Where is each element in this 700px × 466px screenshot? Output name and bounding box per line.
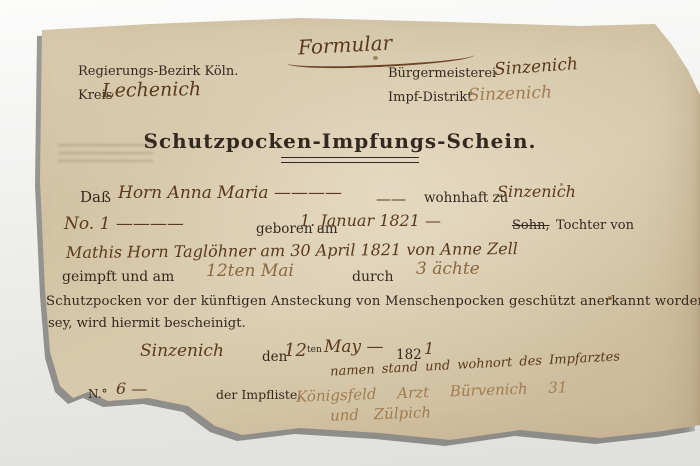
wohnhaft-label: wohnhaft zu bbox=[424, 190, 508, 206]
month-handwritten: May — bbox=[324, 337, 384, 357]
day-handwritten: 12 bbox=[284, 340, 307, 361]
footer-number-handwritten: 6 — bbox=[116, 379, 147, 398]
number-handwritten: No. 1 ———— bbox=[64, 214, 184, 234]
filler-dash: —— bbox=[376, 190, 406, 208]
pocks-count-handwritten: 3 ächte bbox=[416, 259, 480, 279]
document-title: Schutzpocken-Impfungs-Schein. bbox=[120, 129, 560, 153]
regierungsbezirk-label: Regierungs-Bezirk Köln. bbox=[78, 64, 238, 79]
buergermeisterei-label: Bürgermeisterei bbox=[388, 66, 496, 81]
ink-smudge bbox=[58, 144, 153, 166]
paper-fleck bbox=[560, 183, 563, 186]
dass-label: Daß bbox=[80, 188, 111, 206]
paper-fleck bbox=[373, 56, 378, 60]
child-name-handwritten: Horn Anna Maria ———— bbox=[118, 183, 342, 203]
residence-handwritten: Sinzenich bbox=[497, 182, 576, 201]
paper-fleck bbox=[608, 296, 612, 300]
birthdate-handwritten: 1. Januar 1821 — bbox=[300, 211, 441, 230]
durch-label: durch bbox=[352, 269, 394, 285]
photo-of-document: Formular Regierungs-Bezirk Köln. Kreis L… bbox=[0, 0, 700, 466]
tochter-von-label: Tochter von bbox=[556, 218, 634, 233]
impfdistrikt-value-handwritten: Sinzenich bbox=[468, 83, 553, 106]
protection-clause-line: Schutzpocken vor der künftigen Ansteckun… bbox=[46, 294, 700, 309]
footer-number-label: N.° bbox=[88, 387, 108, 401]
year-digit-handwritten: 1 bbox=[424, 339, 434, 358]
geimpft-label: geimpft und am bbox=[62, 269, 174, 285]
kreis-value-handwritten: Lechenich bbox=[102, 78, 202, 102]
vaccination-date-handwritten: 12ten Mai bbox=[206, 261, 294, 281]
impfdistrikt-label: Impf-Distrikt bbox=[388, 90, 472, 105]
ten-superscript: ten bbox=[307, 345, 322, 355]
signature-line-2-handwritten: und Zülpich bbox=[330, 403, 432, 425]
impfliste-label: der Impfliste, bbox=[216, 387, 301, 402]
sohn-label-struck: Sohn, bbox=[512, 218, 550, 233]
title-double-rule bbox=[281, 157, 419, 163]
date-place-handwritten: Sinzenich bbox=[140, 341, 224, 361]
certify-clause-line: sey, wird hiermit bescheinigt. bbox=[48, 316, 246, 331]
